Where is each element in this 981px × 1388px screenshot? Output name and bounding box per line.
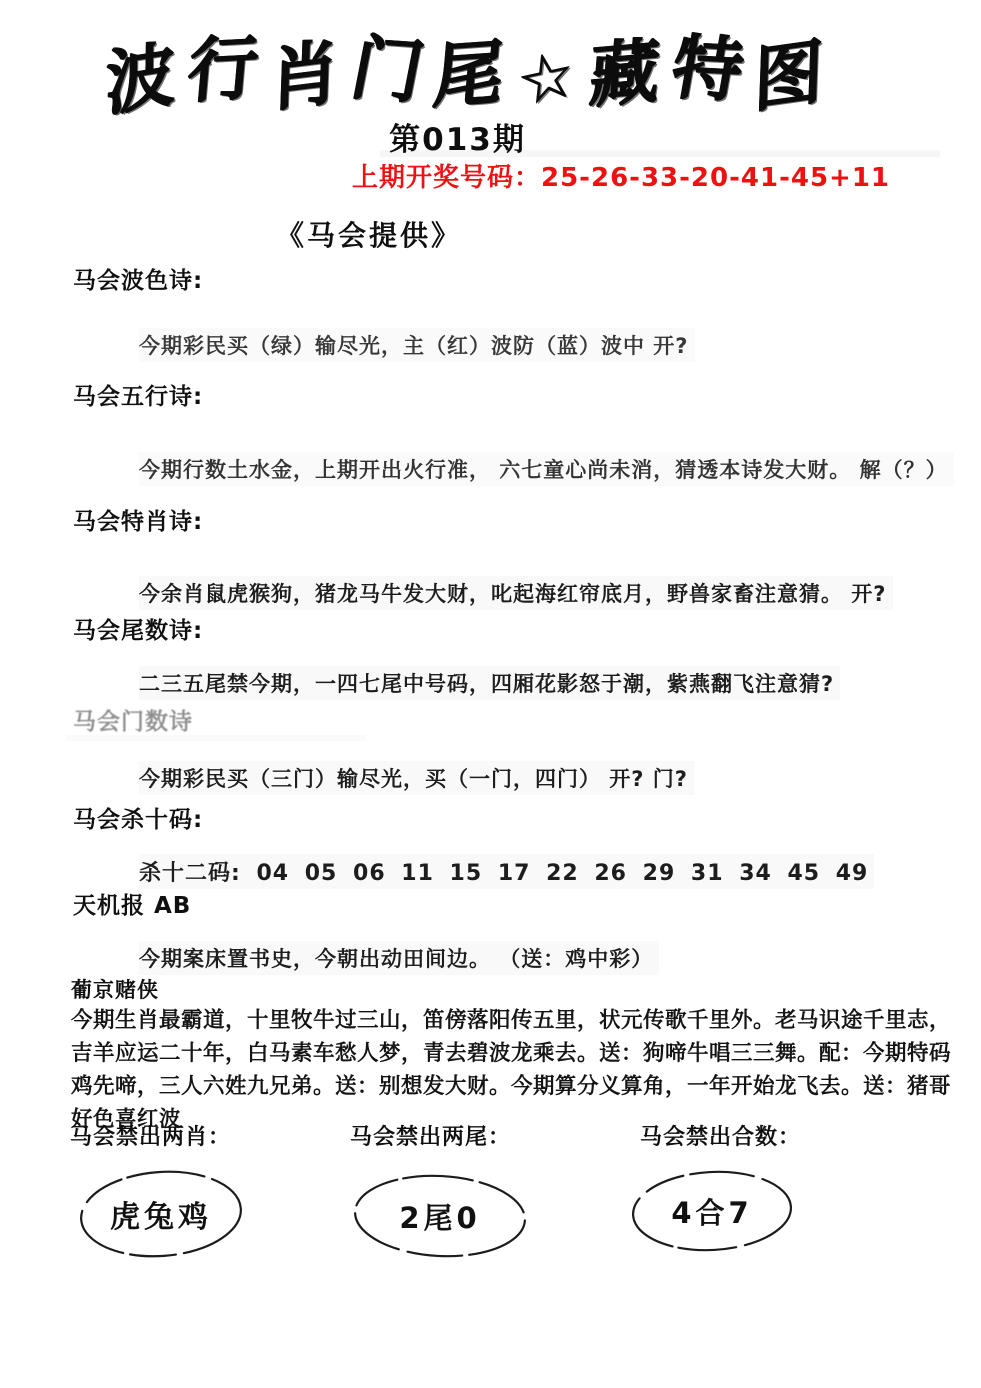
section-heading-menshu: 马会门数诗 <box>73 703 193 736</box>
section-heading-shashima: 马会杀十码: <box>73 801 203 834</box>
forbidden-sum-value: 4合7 <box>628 1168 796 1254</box>
poem-bose: 今期彩民买（绿）输尽光，主（红）波防（蓝）波中 开? <box>139 328 695 362</box>
pujing-line: 今期生肖最霸道，十里牧牛过三山，笛傍落阳传五里，状元传歌千里外。老马识途千里志， <box>71 1004 919 1037</box>
section-heading-weishu: 马会尾数诗: <box>73 612 203 645</box>
forbidden-tail-value: 2尾0 <box>350 1172 530 1260</box>
poem-wuxing: 今期行数土水金，上期开出火行准， 六七童心尚未消，猜透本诗发大财。 解（？） <box>139 452 954 486</box>
poem-weishu: 二三五尾禁今期，一四七尾中号码，四厢花影怒于潮，紫燕翻飞注意猜? <box>139 666 840 700</box>
pujing-heading: 葡京赌侠 <box>71 974 159 1004</box>
forbidden-sum-oval: 4合7 <box>628 1168 796 1254</box>
section-heading-texiao: 马会特肖诗: <box>73 503 203 536</box>
forbidden-sum-label: 马会禁出合数： <box>640 1120 801 1151</box>
forbidden-zodiac-oval: 虎兔鸡 <box>76 1168 246 1260</box>
forbidden-tail-label: 马会禁出两尾： <box>350 1120 511 1151</box>
section-heading-wuxing: 马会五行诗: <box>73 378 203 411</box>
lottery-tip-sheet: 波行肖门尾☆藏特图 第013期 上期开奖号码：25-26-33-20-41-45… <box>0 0 981 1388</box>
pujing-line: 鸡先啼，三人六姓九兄弟。送：别想发大财。今期算分义算角，一年开始龙飞去。送：猪哥 <box>71 1070 919 1103</box>
last-draw-numbers: 上期开奖号码：25-26-33-20-41-45+11 <box>352 157 890 194</box>
pujing-line: 吉羊应运二十年，白马素车愁人梦，青去碧波龙乘去。送：狗啼牛唱三三舞。配：今期特码 <box>71 1037 919 1070</box>
poem-tianjibao: 今期案床置书史，今朝出动田间边。 （送：鸡中彩） <box>139 941 659 975</box>
page-title: 波行肖门尾☆藏特图 <box>0 16 940 117</box>
section-heading-bose: 马会波色诗: <box>73 262 203 295</box>
poem-menshu: 今期彩民买（三门）输尽光，买（一门，四门） 开? 门? <box>139 761 694 795</box>
kill-numbers-line: 杀十二码: 04 05 06 11 15 17 22 26 29 31 34 4… <box>139 854 874 889</box>
forbidden-zodiac-label: 马会禁出两肖： <box>70 1120 231 1151</box>
forbidden-zodiac-value: 虎兔鸡 <box>76 1168 246 1260</box>
section-heading-tianjibao: 天机报 AB <box>73 887 191 920</box>
pujing-paragraph: 今期生肖最霸道，十里牧牛过三山，笛傍落阳传五里，状元传歌千里外。老马识途千里志，… <box>71 1004 919 1136</box>
issue-number: 第013期 <box>0 114 915 159</box>
poem-texiao: 今余肖鼠虎猴狗，猪龙马牛发大财，叱起海红帘底月，野兽家畜注意猜。 开? <box>139 576 893 610</box>
provider-title: 《马会提供》 <box>276 214 462 254</box>
forbidden-tail-oval: 2尾0 <box>350 1172 530 1260</box>
